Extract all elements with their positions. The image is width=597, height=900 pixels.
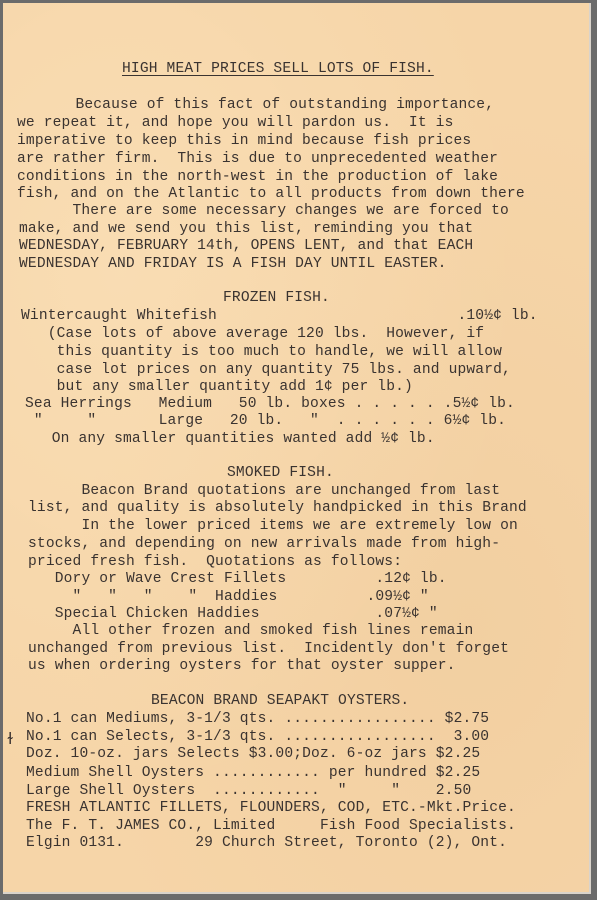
frozen-fish-line: but any smaller quantity add 1¢ per lb.) <box>21 379 413 396</box>
intro-line: imperative to keep this in mind because … <box>17 133 471 150</box>
address-line: Elgin 0131. 29 Church Street, Toronto (2… <box>26 835 507 852</box>
oysters-price-line: No.1 can Selects, 3-1/3 qts. ...........… <box>26 729 489 746</box>
frozen-fish-heading: FROZEN FISH. <box>223 290 330 307</box>
smoked-fish-line: Beacon Brand quotations are unchanged fr… <box>28 483 500 500</box>
smoked-fish-price-line: " " " " Haddies .09½¢ " <box>28 589 429 606</box>
frozen-fish-line: (Case lots of above average 120 lbs. How… <box>21 326 484 343</box>
intro-line: WEDNESDAY AND FRIDAY IS A FISH DAY UNTIL… <box>19 256 447 273</box>
smoked-fish-line: list, and quality is absolutely handpick… <box>28 500 527 517</box>
intro-line: make, and we send you this list, remindi… <box>19 221 473 238</box>
smoked-fish-line: unchanged from previous list. Incidently… <box>28 641 509 658</box>
intro-line: conditions in the north-west in the prod… <box>17 169 498 186</box>
frozen-fish-line: case lot prices on any quantity 75 lbs. … <box>21 362 511 379</box>
intro-line: WEDNESDAY, FEBRUARY 14th, OPENS LENT, an… <box>19 238 473 255</box>
smoked-fish-line: In the lower priced items we are extreme… <box>28 518 518 535</box>
oysters-heading: BEACON BRAND SEAPAKT OYSTERS. <box>151 693 409 710</box>
intro-line: we repeat it, and hope you will pardon u… <box>17 115 453 132</box>
smoked-fish-line: us when ordering oysters for that oyster… <box>28 658 456 675</box>
market-price-line: FRESH ATLANTIC FILLETS, FLOUNDERS, COD, … <box>26 800 516 817</box>
intro-line: are rather firm. This is due to unpreced… <box>17 151 498 168</box>
smoked-fish-price-line: Dory or Wave Crest Fillets .12¢ lb. <box>28 571 447 588</box>
frozen-fish-line: " " Large 20 lb. " . . . . . . 6½¢ lb. <box>25 413 506 430</box>
intro-line: Because of this fact of outstanding impo… <box>22 97 494 114</box>
intro-line: There are some necessary changes we are … <box>19 203 509 220</box>
company-line: The F. T. JAMES CO., Limited Fish Food S… <box>26 818 516 835</box>
intro-line: fish, and on the Atlantic to all product… <box>17 186 525 203</box>
smoked-fish-heading: SMOKED FISH. <box>227 465 334 482</box>
frozen-fish-line: this quantity is too much to handle, we … <box>21 344 502 361</box>
oysters-price-line: Doz. 10-oz. jars Selects $3.00;Doz. 6-oz… <box>26 746 480 763</box>
document-title: HIGH MEAT PRICES SELL LOTS OF FISH. <box>122 61 434 78</box>
smoked-fish-line: priced fresh fish. Quotations as follows… <box>28 554 402 571</box>
smoked-fish-line: All other frozen and smoked fish lines r… <box>28 623 473 640</box>
smoked-fish-line: stocks, and depending on new arrivals ma… <box>28 536 500 553</box>
frozen-fish-line: On any smaller quantities wanted add ½¢ … <box>25 431 435 448</box>
frozen-fish-line: Wintercaught Whitefish .10½¢ lb. <box>21 308 538 325</box>
oysters-price-line: Large Shell Oysters ............ " " 2.5… <box>26 783 471 800</box>
oysters-price-line: No.1 can Mediums, 3-1/3 qts. ...........… <box>26 711 489 728</box>
document-page: HIGH MEAT PRICES SELL LOTS OF FISH. Beca… <box>3 3 591 894</box>
handwritten-check-mark: ɫ <box>7 729 13 748</box>
oysters-price-line: Medium Shell Oysters ............ per hu… <box>26 765 480 782</box>
smoked-fish-price-line: Special Chicken Haddies .07½¢ " <box>28 606 438 623</box>
frozen-fish-line: Sea Herrings Medium 50 lb. boxes . . . .… <box>25 396 515 413</box>
